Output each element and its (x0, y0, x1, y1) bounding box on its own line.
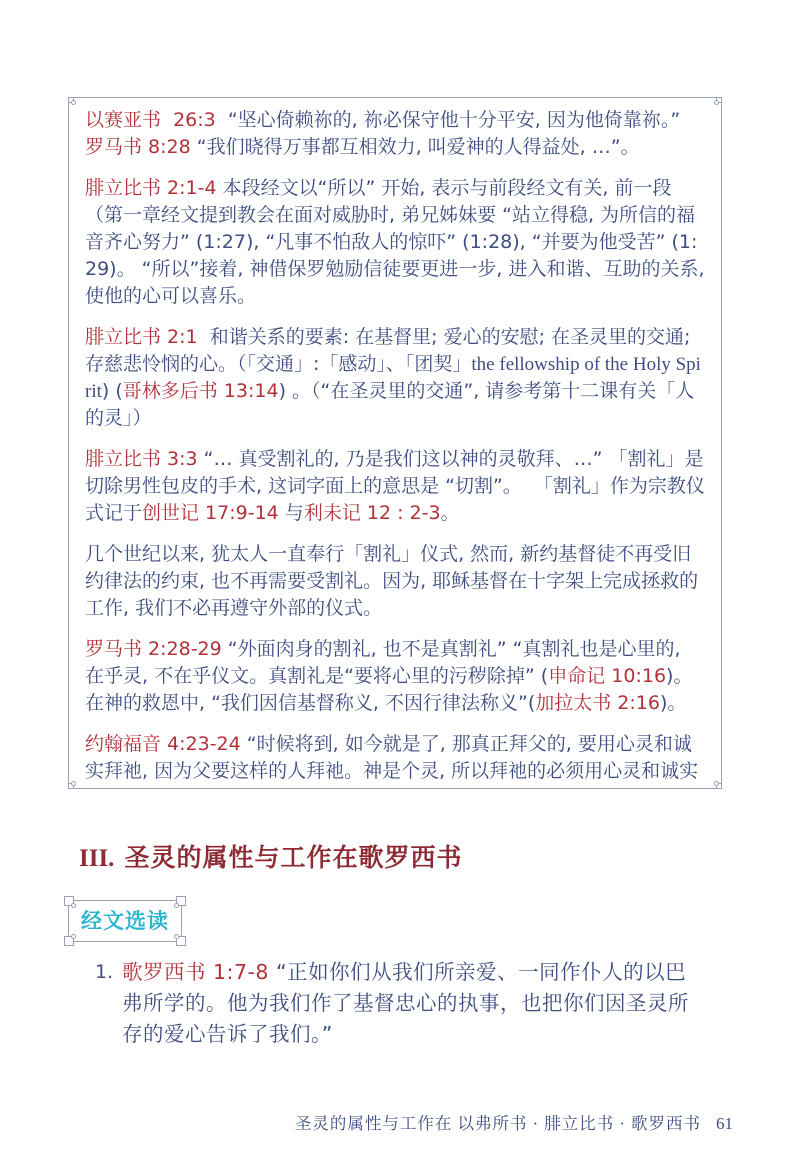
frame-corner-ornament (716, 97, 722, 103)
scripture-paragraph: 约翰福音 4:23-24 “时候将到, 如今就是了, 那真正拜父的, 要用心灵和… (85, 731, 705, 789)
passage-selection-tag: 经文选读 (68, 900, 182, 942)
page-number: 61 (716, 1114, 733, 1134)
section-heading: III.圣灵的属性与工作在歌罗西书 (79, 838, 462, 874)
reading-list-item: 1. 歌罗西书 1:7-8 “正如你们从我们所亲爱、一同作仆人的以巴弗所学的。他… (95, 957, 707, 1050)
frame-corner-ornament (68, 97, 74, 103)
frame-corner-ornament (176, 936, 186, 946)
frame-corner-ornament (68, 783, 74, 789)
frame-corner-ornament (716, 783, 722, 789)
scripture-paragraph: 腓立比书 2:1-4 本段经文以“所以” 开始, 表示与前段经文有关, 前一段（… (85, 175, 705, 310)
section-title: 圣灵的属性与工作在歌罗西书 (124, 843, 462, 872)
passage-selection-label: 经文选读 (81, 909, 169, 933)
scripture-paragraph: 几个世纪以来, 犹太人一直奉行「割礼」仪式, 然而, 新约基督徒不再受旧约律法的… (85, 541, 705, 622)
scripture-notes-panel: 以赛亚书 26:3 “坚心倚赖祢的, 祢必保守他十分平安, 因为他倚靠祢。” 罗… (68, 97, 722, 789)
frame-corner-ornament (176, 896, 186, 906)
scripture-paragraph: 腓立比书 3:3 “… 真受割礼的, 乃是我们这以神的灵敬拜、…” 「割礼」是切… (85, 446, 705, 527)
scripture-paragraph: 罗马书 8:28 “我们晓得万事都互相效力, 叫爱神的人得益处, …”。 (85, 134, 705, 161)
footer-running-title: 圣灵的属性与工作在 以弗所书 · 腓立比书 · 歌罗西书 (295, 1110, 701, 1134)
scripture-paragraph: 以赛亚书 26:3 “坚心倚赖祢的, 祢必保守他十分平安, 因为他倚靠祢。” (85, 107, 705, 134)
page-footer: 圣灵的属性与工作在 以弗所书 · 腓立比书 · 歌罗西书 61 (295, 1110, 733, 1134)
frame-corner-ornament (64, 896, 74, 906)
scripture-paragraph: 腓立比书 2:1 和谐关系的要素: 在基督里; 爱心的安慰; 在圣灵里的交通;存… (85, 324, 705, 432)
list-item-text: 歌罗西书 1:7-8 “正如你们从我们所亲爱、一同作仆人的以巴弗所学的。他为我们… (122, 957, 707, 1050)
section-number: III. (79, 845, 114, 872)
list-item-number: 1. (95, 957, 122, 1050)
scripture-paragraph: 罗马书 2:28-29 “外面肉身的割礼, 也不是真割礼” “真割礼也是心里的,… (85, 636, 705, 717)
frame-corner-ornament (64, 936, 74, 946)
